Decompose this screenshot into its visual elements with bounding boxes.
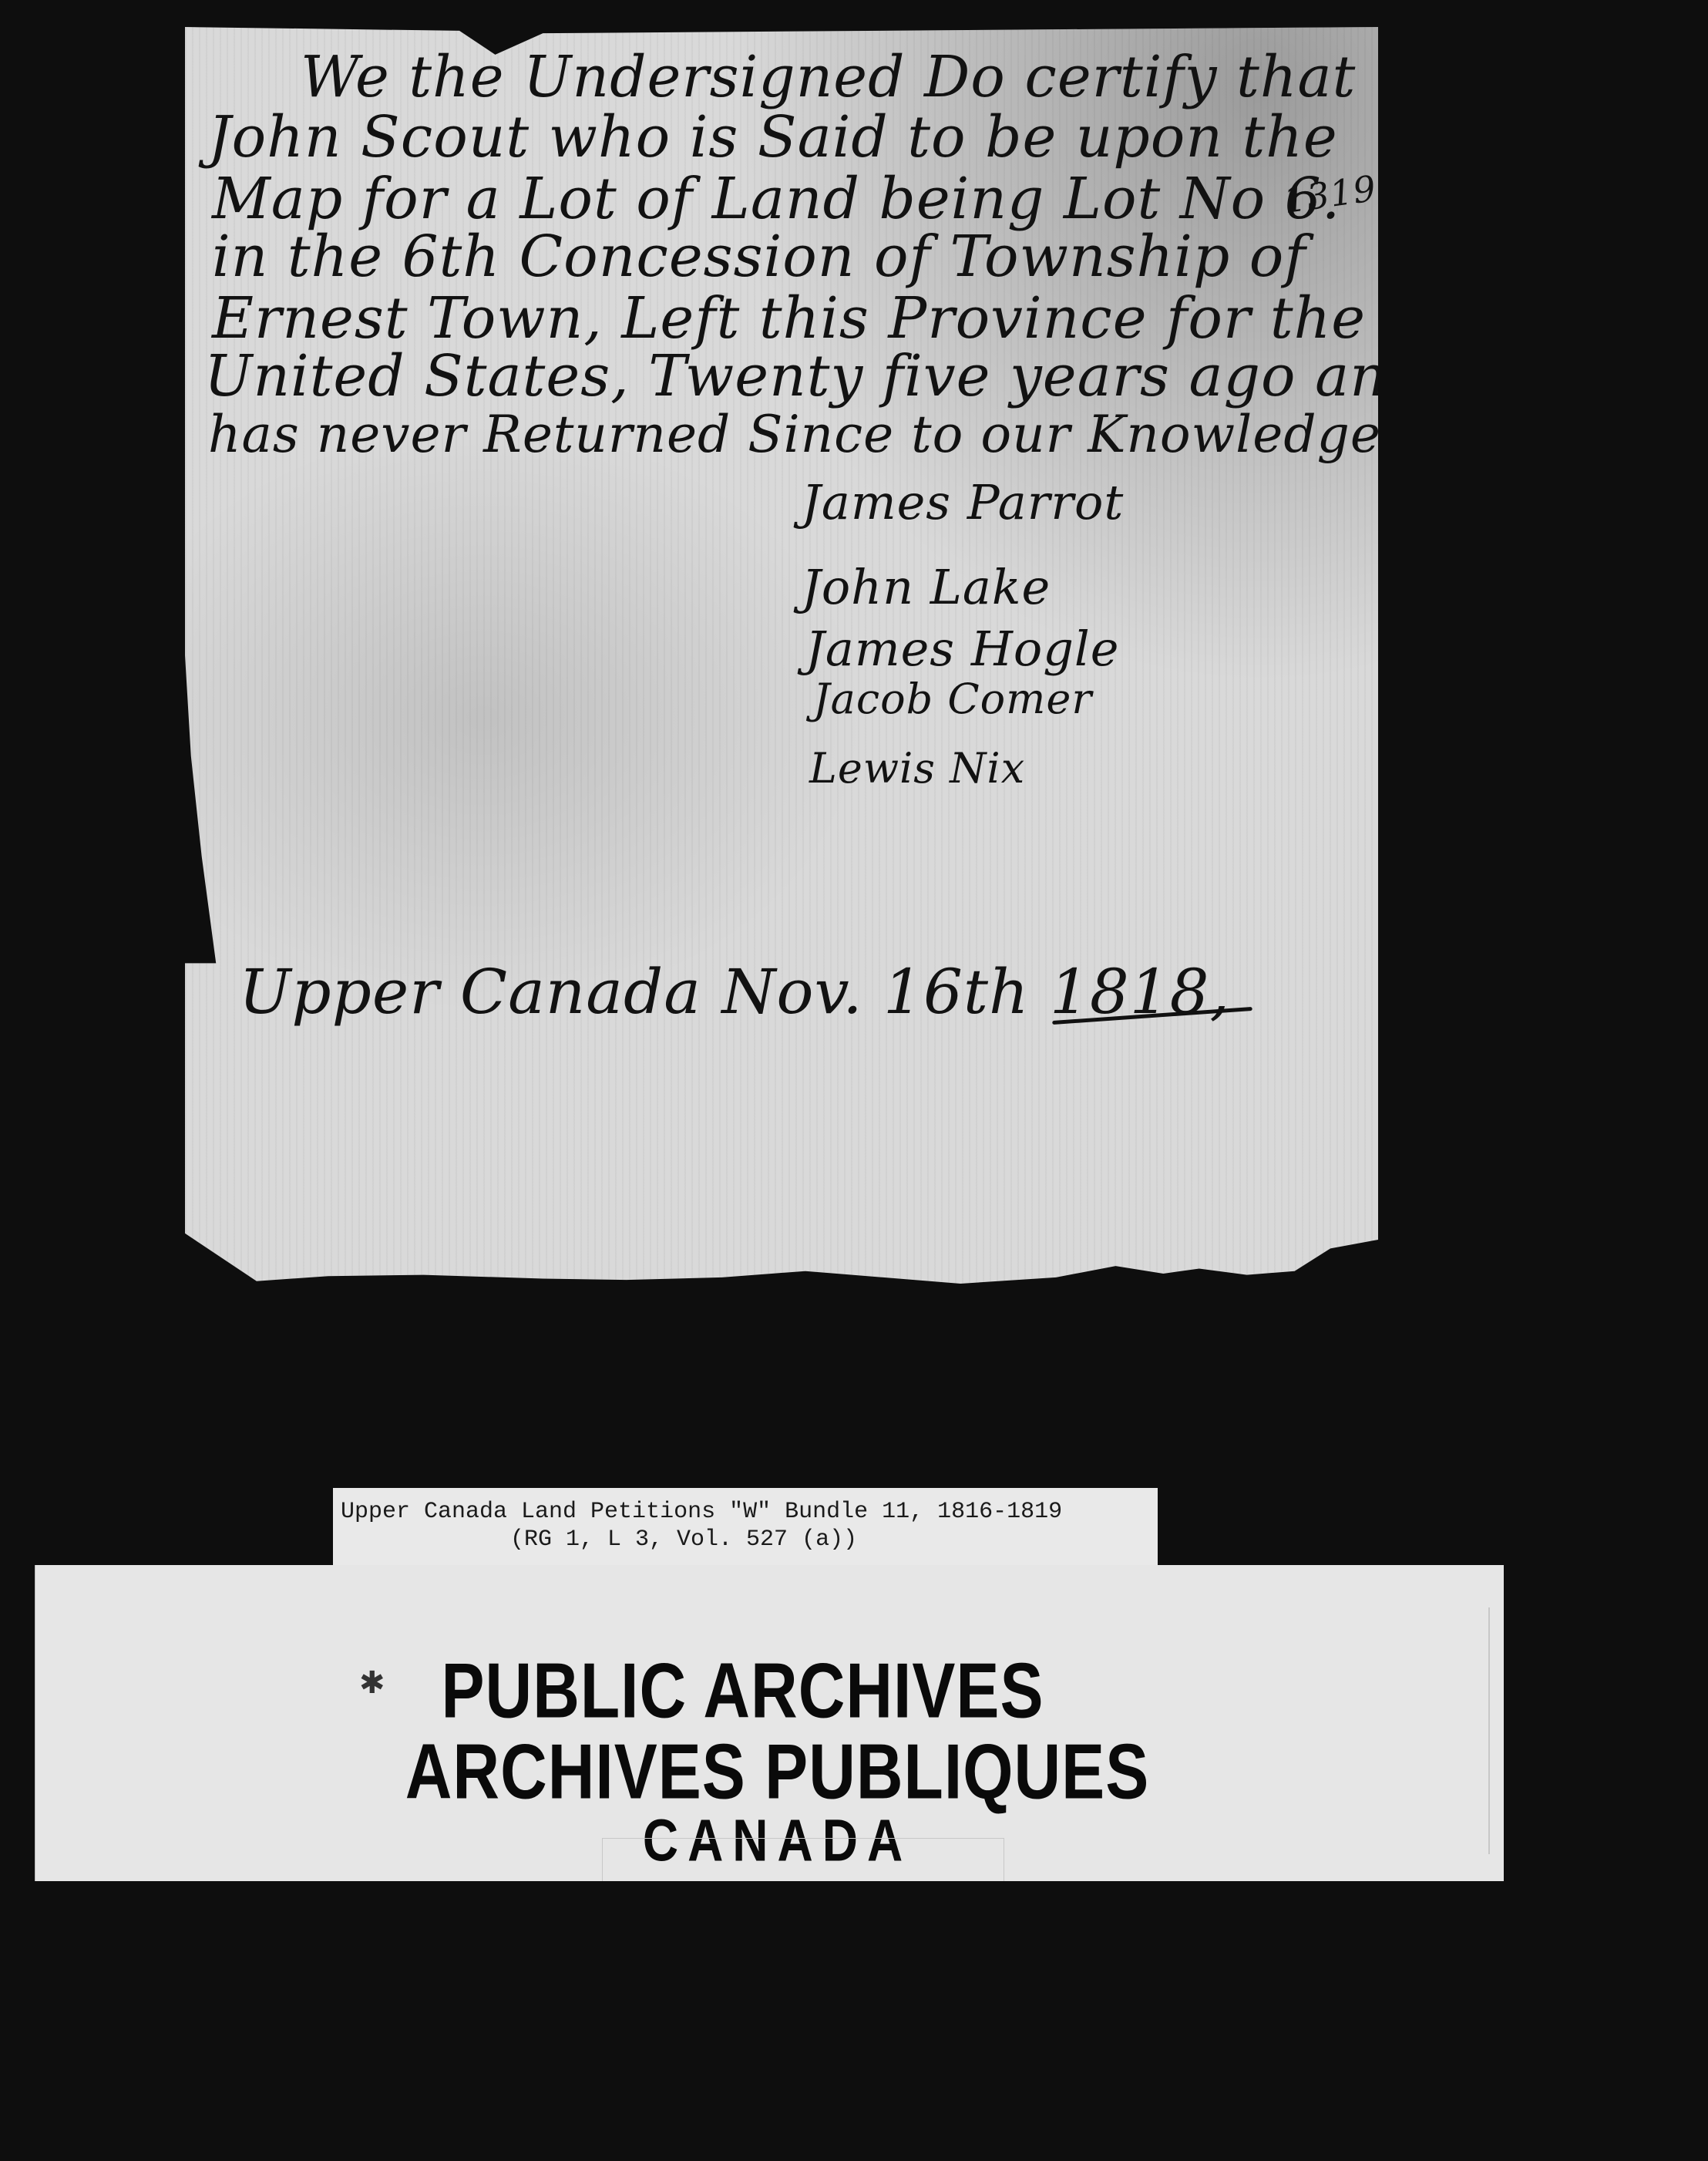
label-collection-title: Upper Canada Land Petitions "W" Bundle 1… [341,1497,1062,1527]
body-line-5: Ernest Town, Left this Province for the [212,285,1366,352]
label-reference-number: (RG 1, L 3, Vol. 527 (a)) [510,1525,857,1554]
card-title-french: ARCHIVES PUBLIQUES [51,1727,1504,1816]
body-line-1: We the Undersigned Do certify that [301,44,1356,110]
body-line-2: John Scout who is Said to be upon the [208,104,1338,170]
card-tab [602,1838,1004,1881]
signature-2: John Lake [802,559,1051,615]
signature-5: Lewis Nix [809,744,1025,793]
body-line-4: in the 6th Concession of Township of [212,224,1306,290]
date-line: Upper Canada Nov. 16th 1818, [239,956,1230,1028]
signature-1: James Parrot [802,474,1124,530]
body-line-7: has never Returned Since to our Knowledg… [208,405,1381,464]
body-line-3: Map for a Lot of Land being Lot No 6. [212,166,1340,232]
body-line-6: United States, Twenty five years ago and [204,343,1424,409]
archive-card: ✱ PUBLIC ARCHIVES ARCHIVES PUBLIQUES CAN… [35,1565,1504,1881]
manuscript-page: We the Undersigned Do certify that John … [185,27,1378,1284]
signature-4: Jacob Comer [813,675,1092,723]
card-title-english: PUBLIC ARCHIVES [0,1646,1504,1735]
card-border [1488,1607,1490,1854]
signature-3: James Hogle [805,621,1119,677]
archive-reference-label: Upper Canada Land Petitions "W" Bundle 1… [333,1488,1158,1569]
